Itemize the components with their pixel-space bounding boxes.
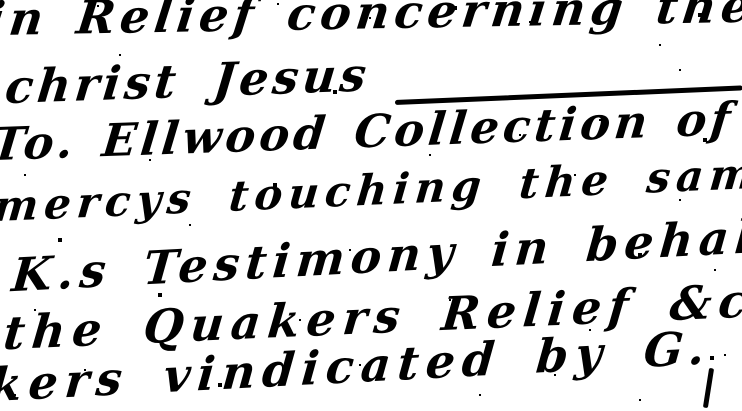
manuscript-scan-page: in Relief concerning the Wa christ Jesus… [0,0,742,411]
handwritten-line-2: christ Jesus [3,51,372,110]
handwritten-line-1: in Relief concerning the Wa [0,0,742,42]
